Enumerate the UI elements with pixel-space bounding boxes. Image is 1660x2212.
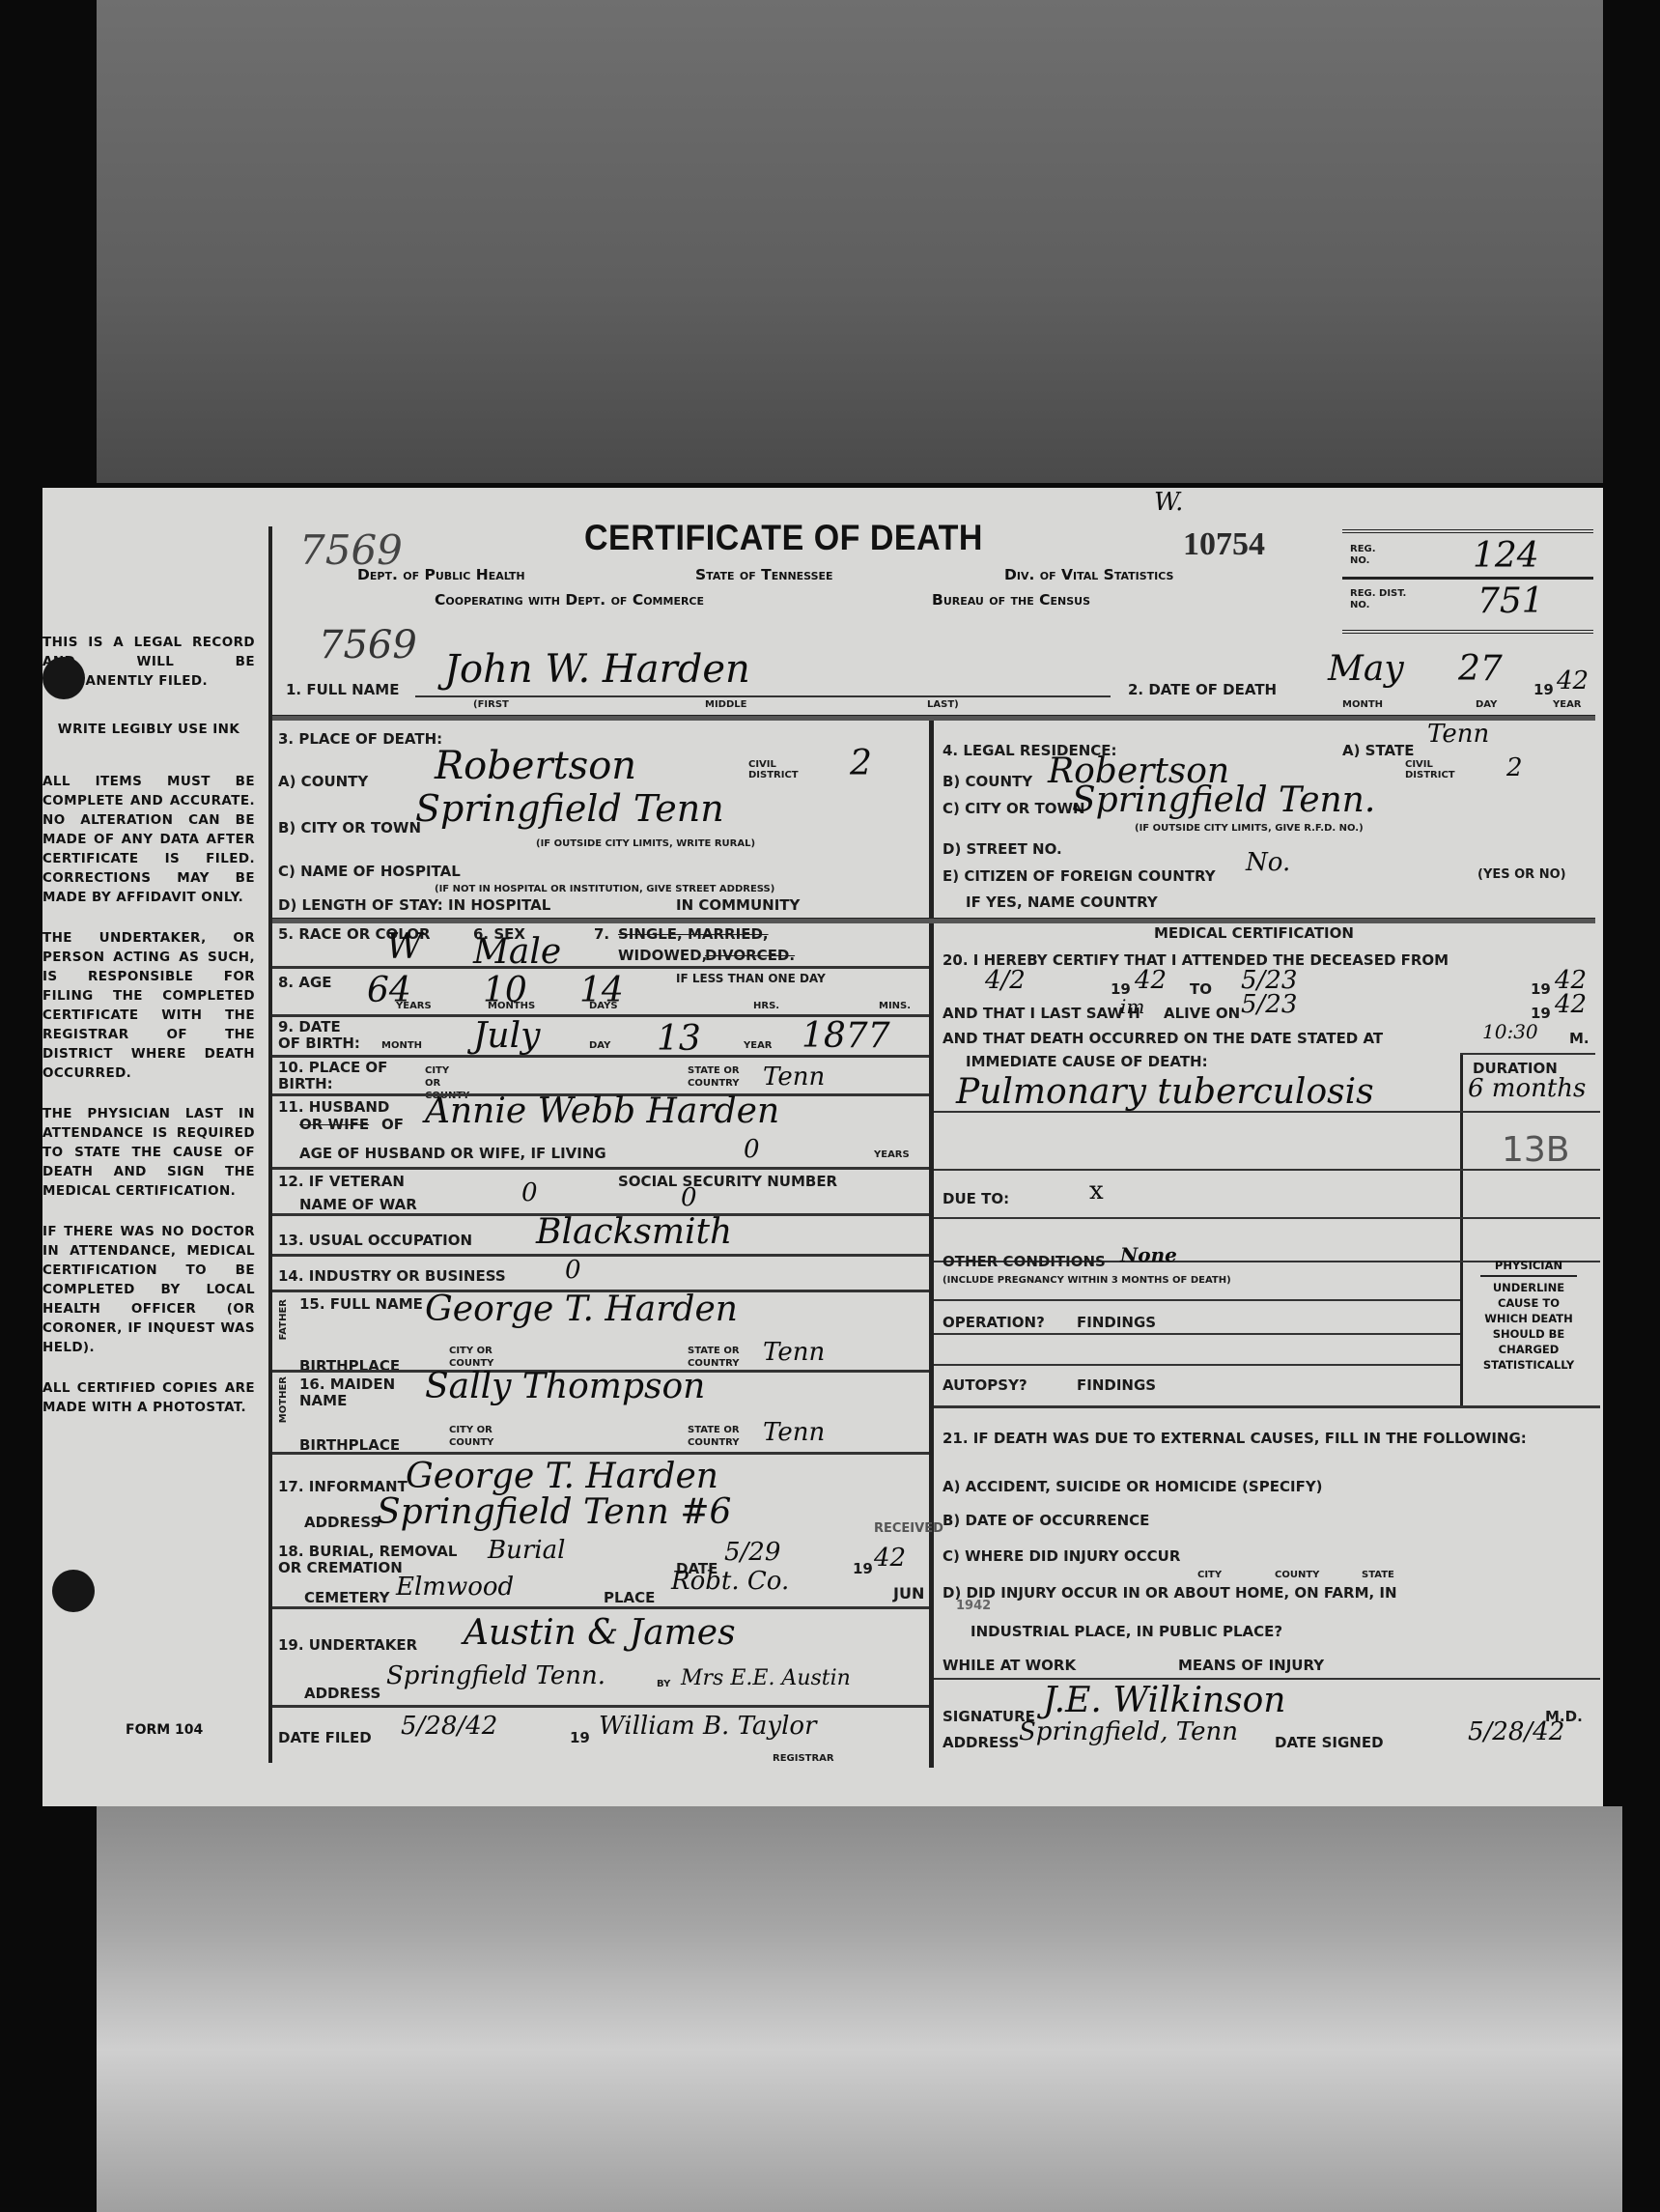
- war-label: NAME OF WAR: [299, 1196, 417, 1213]
- instruction-legibly: WRITE LEGIBLY USE INK: [42, 720, 255, 739]
- last-sub-label: LAST): [927, 699, 959, 710]
- months-sub: MONTHS: [488, 1001, 535, 1011]
- instruction-complete: ALL ITEMS MUST BE COMPLETE AND ACCURATE.…: [42, 772, 255, 907]
- industry-label: 14. INDUSTRY OR BUSINESS: [278, 1267, 506, 1285]
- of-label: OF: [381, 1116, 404, 1133]
- death-year-prefix: 19: [1533, 681, 1554, 698]
- received-stamp: RECEIVED: [874, 1521, 943, 1536]
- header-dept: Dept. of Public Health: [357, 566, 525, 583]
- row-divider: [272, 1705, 929, 1708]
- less-than-day-label: IF LESS THAN ONE DAY: [676, 972, 826, 985]
- age-label: 8. AGE: [278, 974, 332, 991]
- hospital-label: C) NAME OF HOSPITAL: [278, 863, 461, 880]
- spouse-age-label: AGE OF HUSBAND OR WIFE, IF LIVING: [299, 1145, 606, 1162]
- spouse-label: 11. HUSBAND: [278, 1098, 389, 1116]
- citizen-note: (YES OR NO): [1477, 867, 1566, 882]
- industry-value: 0: [565, 1256, 581, 1285]
- spouse-value: Annie Webb Harden: [425, 1092, 779, 1131]
- while-at-work-label: WHILE AT WORK: [943, 1657, 1076, 1674]
- death-civil-district-label: CIVIL DISTRICT: [748, 759, 816, 780]
- place-label: PLACE: [604, 1589, 655, 1606]
- findings-line: [934, 1299, 1460, 1301]
- header-division: Div. of Vital Statistics: [1004, 566, 1173, 583]
- duration-box-top: [1460, 1053, 1595, 1055]
- full-name-line: [415, 695, 1111, 697]
- war-value: 0: [521, 1178, 538, 1207]
- header-state: State of Tennessee: [695, 566, 833, 583]
- instruction-physician: THE PHYSICIAN LAST IN ATTENDANCE IS REQU…: [42, 1104, 255, 1201]
- death-city-value: Springfield Tenn: [415, 787, 724, 830]
- date-filed-value: 5/28/42: [401, 1712, 497, 1741]
- form-left-border: [268, 526, 272, 1763]
- death-day: 27: [1458, 649, 1503, 689]
- burial-year-value: 42: [874, 1544, 906, 1573]
- country-label: IF YES, NAME COUNTRY: [966, 893, 1158, 911]
- death-county-value: Robertson: [435, 744, 636, 788]
- marital-number: 7.: [594, 925, 609, 943]
- birth-date-label: 9. DATE OF BIRTH:: [278, 1019, 365, 1052]
- where-state-sub: STATE: [1362, 1570, 1394, 1580]
- residence-county-label: B) COUNTY: [943, 773, 1032, 790]
- header-cooperating: Cooperating with Dept. of Commerce: [435, 591, 704, 609]
- years-sub: YEARS: [396, 1001, 432, 1011]
- row-divider: [272, 715, 1595, 721]
- mother-name-label: 16. MAIDEN NAME: [299, 1376, 444, 1409]
- wife-label: OR WIFE: [299, 1116, 369, 1133]
- date-signed-value: 5/28/42: [1468, 1717, 1564, 1746]
- birth-year-label: YEAR: [744, 1040, 773, 1051]
- residence-city-label: C) CITY OR TOWN: [943, 800, 1085, 817]
- punch-hole-bottom: [52, 1570, 95, 1612]
- birth-day-value: 13: [657, 1019, 701, 1059]
- death-county-label: A) COUNTY: [278, 773, 368, 790]
- death-city-note: (IF OUTSIDE CITY LIMITS, WRITE RURAL): [536, 838, 755, 849]
- mother-city-label: CITY OR COUNTY: [449, 1424, 497, 1449]
- death-city-label: B) CITY OR TOWN: [278, 819, 421, 837]
- veteran-label: 12. IF VETERAN: [278, 1173, 405, 1190]
- death-time-suffix: M.: [1569, 1030, 1590, 1047]
- reg-no-label: REG. NO.: [1350, 544, 1389, 567]
- undertaker-address-label: ADDRESS: [304, 1685, 380, 1702]
- row-divider: [934, 1405, 1600, 1408]
- reg-dist-label: REG. DIST. NO.: [1350, 588, 1408, 611]
- physician-address-value: Springfield, Tenn: [1019, 1717, 1238, 1746]
- hospital-note: (IF NOT IN HOSPITAL OR INSTITUTION, GIVE…: [435, 884, 774, 894]
- immediate-cause-value: Pulmonary tuberculosis: [956, 1072, 1374, 1112]
- middle-sub-label: MIDDLE: [705, 699, 746, 710]
- where-county-sub: COUNTY: [1275, 1570, 1319, 1580]
- cause-line: [934, 1111, 1600, 1113]
- certificate-prefix-mark: W.: [1154, 488, 1183, 517]
- due-to-value: x: [1089, 1177, 1104, 1205]
- registrar-signature: William B. Taylor: [599, 1712, 817, 1741]
- row-divider: [272, 1606, 929, 1609]
- cause-line: [934, 1169, 1600, 1171]
- full-name-label: 1. FULL NAME: [286, 681, 399, 698]
- birth-month-value: July: [473, 1016, 540, 1056]
- attended-from-year: 42: [1135, 966, 1167, 995]
- informant-address-label: ADDRESS: [304, 1514, 380, 1531]
- occupation-value: Blacksmith: [536, 1212, 732, 1252]
- marital-single-married: SINGLE, MARRIED,: [618, 925, 769, 943]
- burial-value: Burial: [488, 1536, 565, 1565]
- file-number-name: 7569: [319, 623, 417, 667]
- date-signed-label: DATE SIGNED: [1275, 1734, 1384, 1751]
- page-title: CERTIFICATE OF DEATH: [584, 518, 983, 559]
- undertaker-address-value: Springfield Tenn.: [386, 1661, 605, 1690]
- physician-note-line: CHARGED: [1466, 1342, 1591, 1357]
- microfilm-background-top: [97, 0, 1603, 483]
- due-to-label: DUE TO:: [943, 1190, 1009, 1207]
- physician-note-line: UNDERLINE: [1466, 1280, 1591, 1295]
- ssn-label: SOCIAL SECURITY NUMBER: [618, 1173, 837, 1190]
- place-of-death-label: 3. PLACE OF DEATH:: [278, 730, 442, 748]
- death-time: 10:30: [1482, 1020, 1538, 1043]
- physician-note-line: PHYSICIAN: [1480, 1258, 1577, 1277]
- row-divider: [272, 1452, 929, 1455]
- attended-from-date: 4/2: [985, 966, 1026, 995]
- first-sub-label: (FIRST: [473, 699, 509, 710]
- burial-date-value: 5/29: [724, 1538, 780, 1567]
- informant-address-value: Springfield Tenn #6: [377, 1492, 731, 1532]
- spouse-years-label: YEARS: [874, 1149, 910, 1160]
- marital-divorced: DIVORCED.: [705, 947, 795, 964]
- ssn-value: 0: [681, 1183, 697, 1212]
- street-label: D) STREET NO.: [943, 840, 1062, 858]
- findings-line: [934, 1364, 1460, 1366]
- where-injury-label: C) WHERE DID INJURY OCCUR: [943, 1547, 1180, 1565]
- to-label: TO: [1190, 980, 1212, 998]
- hrs-label: HRS.: [753, 1001, 779, 1011]
- row-divider: [272, 1167, 929, 1170]
- mother-name-value: Sally Thompson: [425, 1367, 705, 1406]
- row-divider: [272, 966, 929, 969]
- form-center-divider: [929, 715, 934, 1768]
- physician-signature: J.E. Wilkinson: [1043, 1681, 1286, 1720]
- month-sub-label: MONTH: [1342, 699, 1383, 710]
- home-injury-label: D) DID INJURY OCCUR IN OR ABOUT HOME, ON…: [943, 1584, 1397, 1602]
- race-value: W: [386, 927, 422, 967]
- physician-note-line: STATISTICALLY: [1466, 1357, 1591, 1373]
- length-of-stay-label: D) LENGTH OF STAY: IN HOSPITAL: [278, 896, 550, 914]
- industrial-place-label: INDUSTRIAL PLACE, IN PUBLIC PLACE?: [971, 1623, 1282, 1640]
- date-of-death-label: 2. DATE OF DEATH: [1128, 681, 1277, 698]
- header-bureau: Bureau of the Census: [932, 591, 1090, 609]
- informant-value: George T. Harden: [406, 1457, 718, 1496]
- birth-day-label: DAY: [589, 1040, 610, 1051]
- duration-value: 6 months: [1468, 1074, 1586, 1103]
- instruction-no-doctor: IF THERE WAS NO DOCTOR IN ATTENDANCE, ME…: [42, 1222, 255, 1357]
- birthplace-state-value: Tenn: [763, 1063, 825, 1092]
- last-saw-year: 42: [1555, 990, 1587, 1019]
- date-filed-label: DATE FILED: [278, 1729, 372, 1746]
- other-conditions-label: OTHER CONDITIONS: [943, 1253, 1106, 1270]
- date-filed-year-prefix: 19: [570, 1729, 590, 1746]
- instruction-undertaker: THE UNDERTAKER, OR PERSON ACTING AS SUCH…: [42, 928, 255, 1083]
- external-causes-heading: 21. IF DEATH WAS DUE TO EXTERNAL CAUSES,…: [943, 1430, 1527, 1447]
- residence-civil-district-label: CIVIL DISTRICT: [1405, 759, 1473, 780]
- row-divider: [272, 1254, 929, 1257]
- birth-month-label: MONTH: [381, 1040, 422, 1051]
- full-name-value: John W. Harden: [444, 647, 750, 692]
- reg-no-value: 124: [1473, 536, 1539, 576]
- birthplace-state-label: STATE OR COUNTRY: [688, 1064, 746, 1090]
- physician-note: PHYSICIAN UNDERLINE CAUSE TO WHICH DEATH…: [1466, 1258, 1591, 1373]
- certificate-number: 10754: [1183, 526, 1265, 563]
- operation-findings-label: FINDINGS: [1077, 1314, 1156, 1331]
- injury-line: [934, 1678, 1600, 1680]
- medical-certification-heading: MEDICAL CERTIFICATION: [1154, 924, 1354, 942]
- place-value: Robt. Co.: [671, 1567, 789, 1596]
- cemetery-label: CEMETERY: [304, 1589, 390, 1606]
- year-sub-label: YEAR: [1553, 699, 1582, 710]
- death-civil-district-value: 2: [850, 744, 872, 783]
- occupation-label: 13. USUAL OCCUPATION: [278, 1232, 472, 1249]
- mother-state-value: Tenn: [763, 1418, 825, 1447]
- alive-on-label: ALIVE ON: [1164, 1005, 1240, 1022]
- autopsy-findings-label: FINDINGS: [1077, 1376, 1156, 1394]
- residence-city-note: (IF OUTSIDE CITY LIMITS, GIVE R.F.D. NO.…: [1135, 823, 1364, 834]
- citizen-label: E) CITIZEN OF FOREIGN COUNTRY: [943, 867, 1216, 885]
- last-saw-label: AND THAT I LAST SAW H: [943, 1005, 1140, 1022]
- burial-label: 18. BURIAL, REMOVAL OR CREMATION: [278, 1544, 462, 1576]
- instructions-sidebar: THIS IS A LEGAL RECORD AND WILL BE PERMA…: [42, 633, 255, 1438]
- undertaker-by-label: BY: [657, 1679, 670, 1689]
- last-saw-date: 5/23: [1241, 990, 1297, 1019]
- attended-to-year-prefix: 19: [1531, 980, 1551, 998]
- occurrence-label: B) DATE OF OCCURRENCE: [943, 1512, 1149, 1529]
- birthplace-label: 10. PLACE OF BIRTH:: [278, 1060, 394, 1092]
- physician-note-line: SHOULD BE: [1466, 1326, 1591, 1342]
- other-conditions-value: None: [1120, 1243, 1177, 1266]
- residence-state-value: Tenn: [1427, 720, 1489, 749]
- last-saw-pronoun: im: [1120, 995, 1144, 1018]
- father-side-label: FATHER: [278, 1299, 289, 1340]
- instruction-photostat: ALL CERTIFIED COPIES ARE MADE WITH A PHO…: [42, 1378, 255, 1417]
- punch-hole-top: [42, 657, 85, 699]
- cause-line: [934, 1217, 1600, 1219]
- death-year: 42: [1557, 666, 1589, 695]
- residence-civil-district-value: 2: [1506, 753, 1523, 782]
- citizen-value: No.: [1246, 848, 1290, 877]
- days-sub: DAYS: [589, 1001, 618, 1011]
- burial-year-prefix: 19: [853, 1560, 873, 1577]
- form-number: FORM 104: [126, 1722, 203, 1738]
- death-month: May: [1328, 649, 1404, 689]
- father-name-label: 15. FULL NAME: [299, 1296, 425, 1313]
- mother-state-label: STATE OR COUNTRY: [688, 1424, 746, 1449]
- father-name-value: George T. Harden: [425, 1290, 738, 1329]
- reg-dist-value: 751: [1477, 581, 1544, 621]
- cemetery-value: Elmwood: [396, 1573, 514, 1602]
- community-label: IN COMMUNITY: [676, 896, 800, 914]
- father-state-value: Tenn: [763, 1338, 825, 1367]
- row-divider: [272, 1055, 929, 1058]
- undertaker-label: 19. UNDERTAKER: [278, 1636, 417, 1654]
- findings-line: [934, 1333, 1460, 1335]
- operation-label: OPERATION?: [943, 1314, 1045, 1331]
- cause-code: 13B: [1502, 1130, 1570, 1170]
- row-divider: [272, 918, 1595, 923]
- registrar-label: REGISTRAR: [773, 1753, 834, 1764]
- physician-note-line: CAUSE TO: [1466, 1295, 1591, 1311]
- undertaker-by-value: Mrs E.E. Austin: [681, 1666, 851, 1690]
- mother-side-label: MOTHER: [278, 1376, 289, 1423]
- physician-note-line: WHICH DEATH: [1466, 1311, 1591, 1326]
- means-of-injury-label: MEANS OF INJURY: [1178, 1657, 1324, 1674]
- received-stamp-month: JUN: [893, 1584, 924, 1602]
- microfilm-background-bottom: [97, 1806, 1622, 2212]
- death-occurred-label: AND THAT DEATH OCCURRED ON THE DATE STAT…: [943, 1030, 1383, 1047]
- spouse-age-value: 0: [744, 1135, 760, 1164]
- other-conditions-note: (INCLUDE PREGNANCY WITHIN 3 MONTHS OF DE…: [943, 1275, 1231, 1286]
- accident-label: A) ACCIDENT, SUICIDE OR HOMICIDE (SPECIF…: [943, 1478, 1323, 1495]
- day-sub-label: DAY: [1476, 699, 1497, 710]
- residence-state-label: A) STATE: [1342, 742, 1414, 759]
- immediate-cause-label: IMMEDIATE CAUSE OF DEATH:: [966, 1053, 1208, 1070]
- residence-city-value: Springfield Tenn.: [1072, 780, 1375, 820]
- where-city-sub: CITY: [1197, 1570, 1222, 1580]
- marital-widowed: WIDOWED,: [618, 947, 707, 964]
- autopsy-label: AUTOPSY?: [943, 1376, 1027, 1394]
- undertaker-value: Austin & James: [464, 1613, 736, 1653]
- mins-label: MINS.: [879, 1001, 911, 1011]
- duration-column-divider: [1460, 1053, 1463, 1405]
- birth-year-value: 1877: [802, 1016, 890, 1056]
- physician-address-label: ADDRESS: [943, 1734, 1019, 1751]
